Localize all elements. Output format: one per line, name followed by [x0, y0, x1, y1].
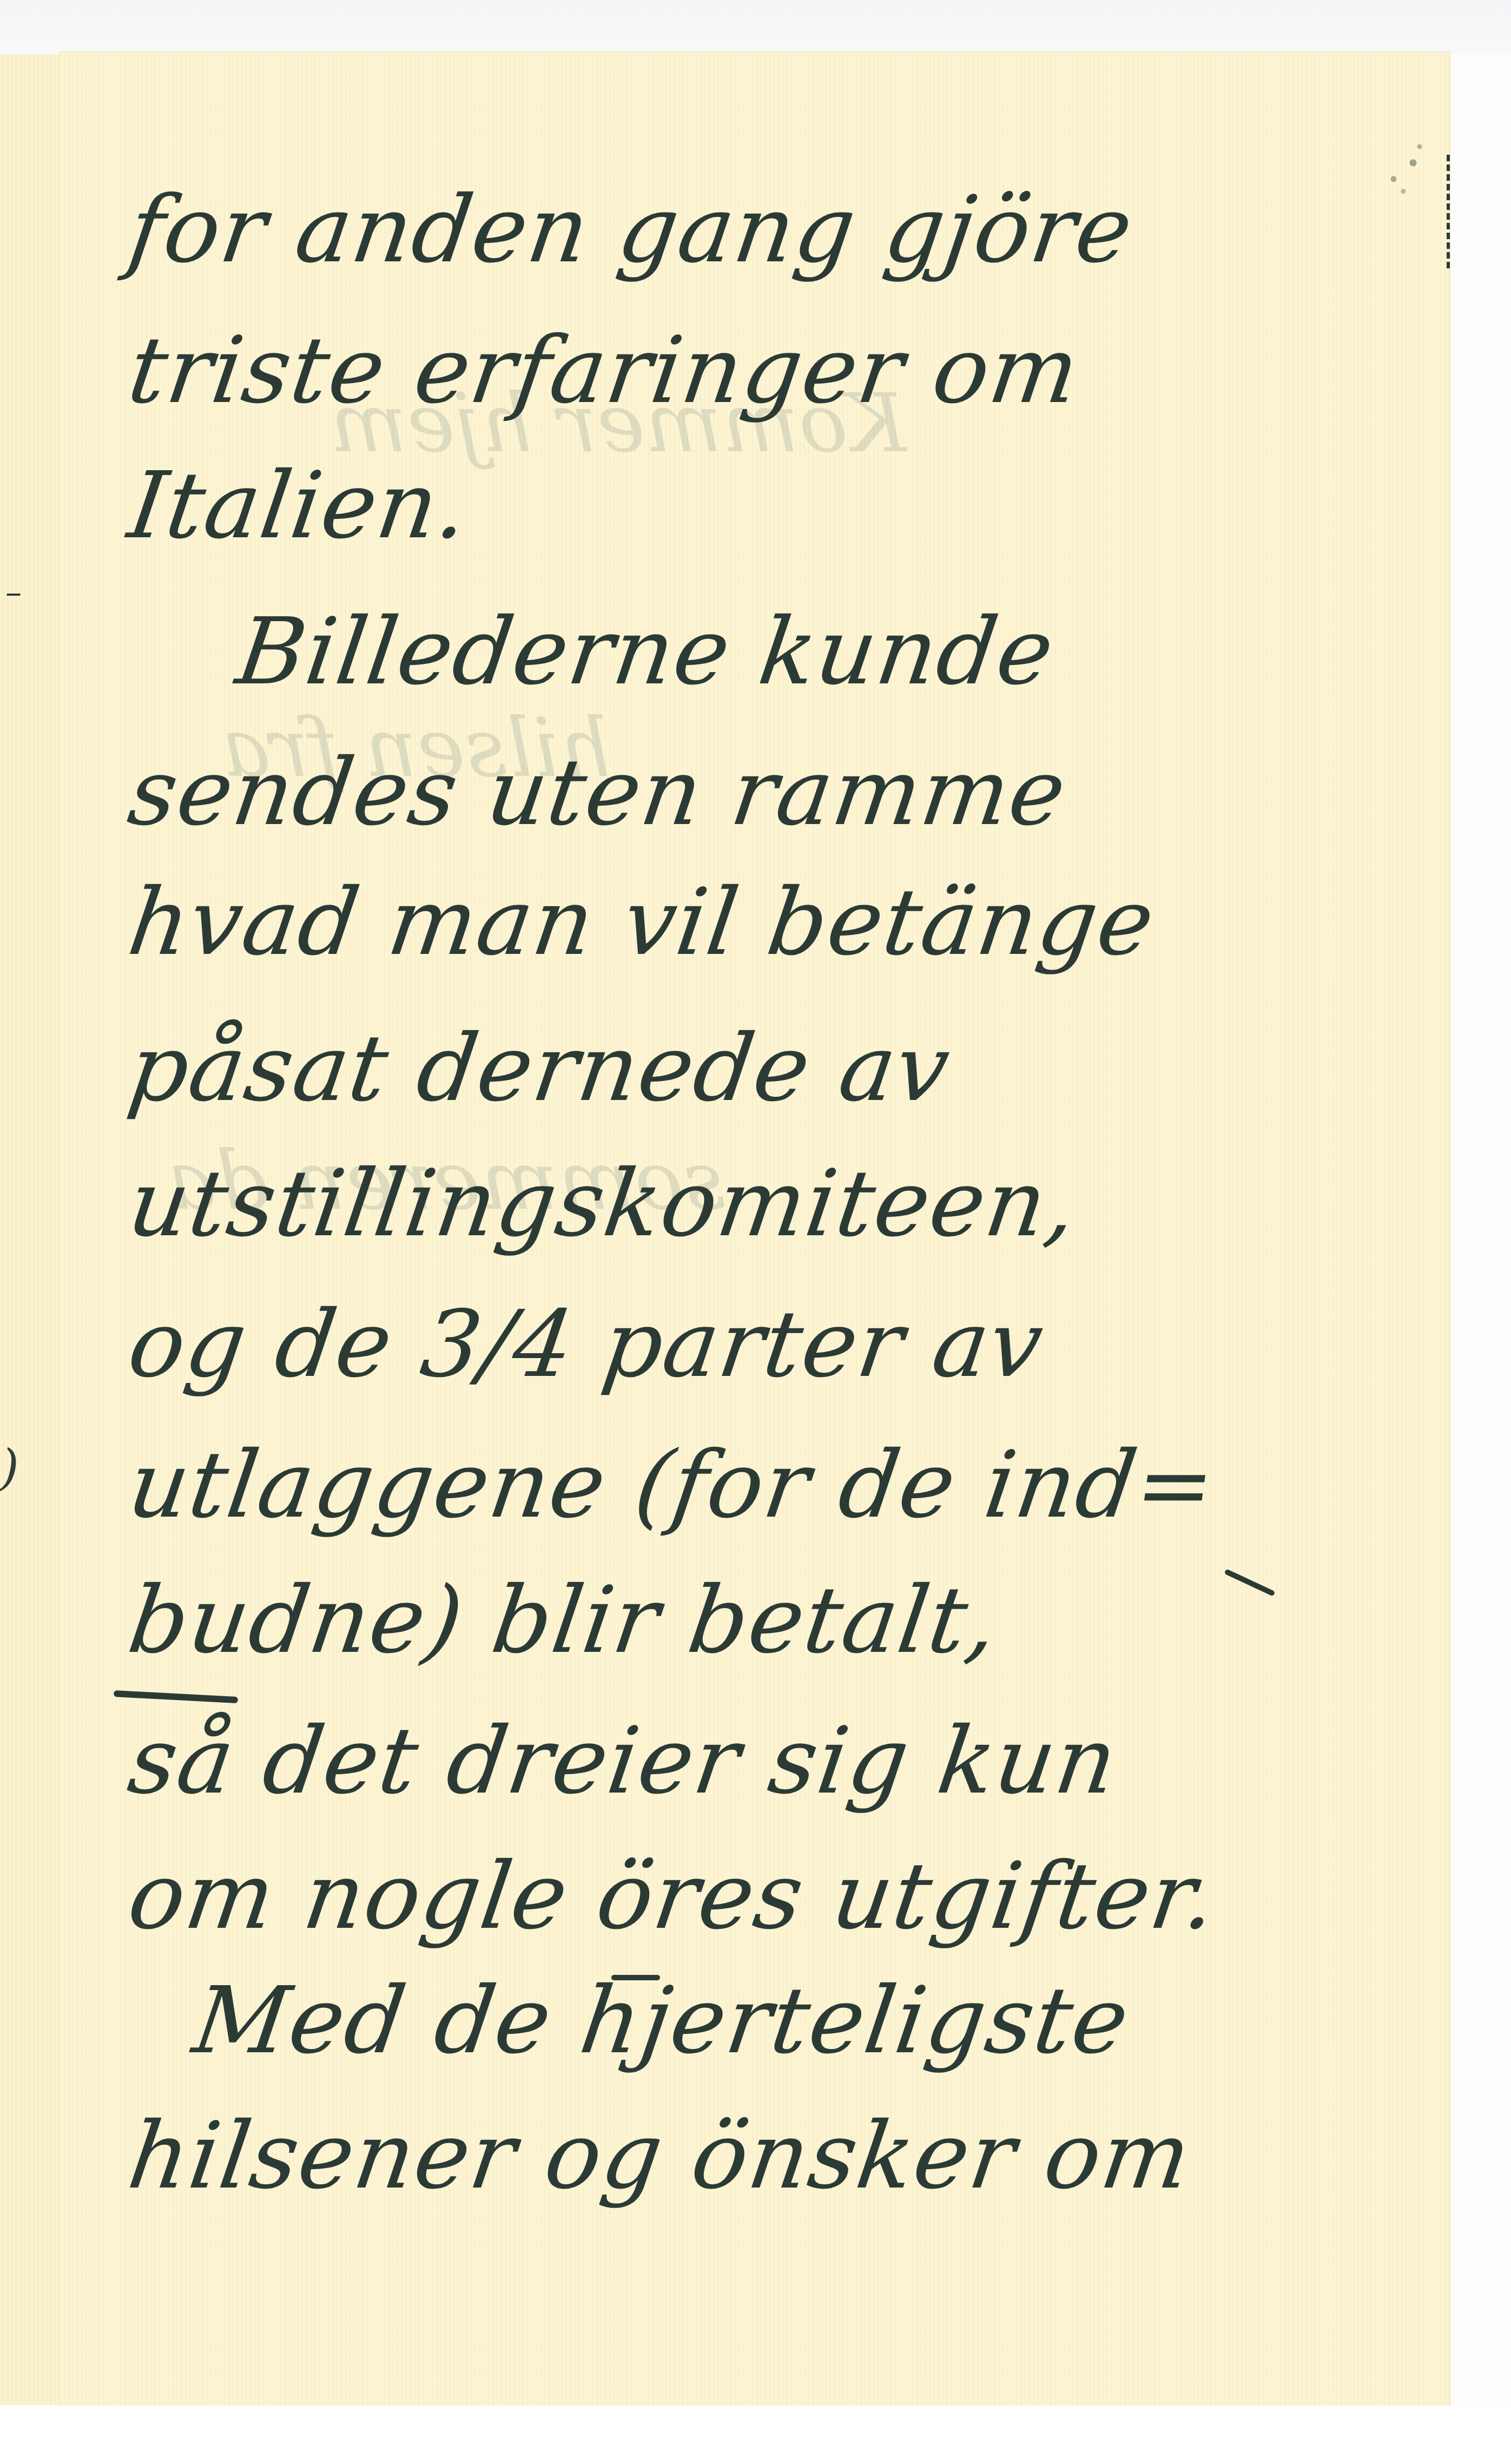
letter-line-10: utlaggene (for de ind=: [123, 1439, 1221, 1531]
underline-ores: [611, 1975, 660, 1980]
letter-line-3: Italien.: [123, 460, 475, 552]
letter-line-4: Billederne kunde: [232, 606, 1060, 698]
letter-line-6: hvad man vil betänge: [123, 877, 1160, 969]
letter-line-9: og de 3/4 parter av: [123, 1299, 1049, 1391]
ink-bleed-mark: [1374, 122, 1439, 203]
margin-fragment: ): [0, 1439, 19, 1496]
margin-fragment: –: [5, 574, 22, 611]
letter-line-7: påsat dernede av: [123, 1023, 956, 1115]
letter-line-15: hilsener og önsker om: [123, 2110, 1197, 2202]
previous-page-edge: – ): [0, 54, 62, 2405]
letter-line-14: Med de hjerteligste: [188, 1975, 1135, 2067]
page-edge-mark: [1447, 155, 1450, 268]
letter-line-8: utstillingskomiteen,: [123, 1158, 1083, 1250]
letter-line-12: så det dreier sig kun: [123, 1715, 1123, 1807]
letter-line-11: budne) blir betalt,: [123, 1574, 1004, 1666]
letter-line-1: for anden gang gjöre: [123, 184, 1139, 276]
letter-line-5: sendes uten ramme: [123, 747, 1072, 839]
letter-line-13: om nogle öres utgifter.: [123, 1850, 1223, 1942]
scanner-background-top: [0, 0, 1511, 54]
letter-line-2: triste erfaringer om: [123, 325, 1085, 417]
scanner-background-bottom: [0, 2406, 1511, 2464]
